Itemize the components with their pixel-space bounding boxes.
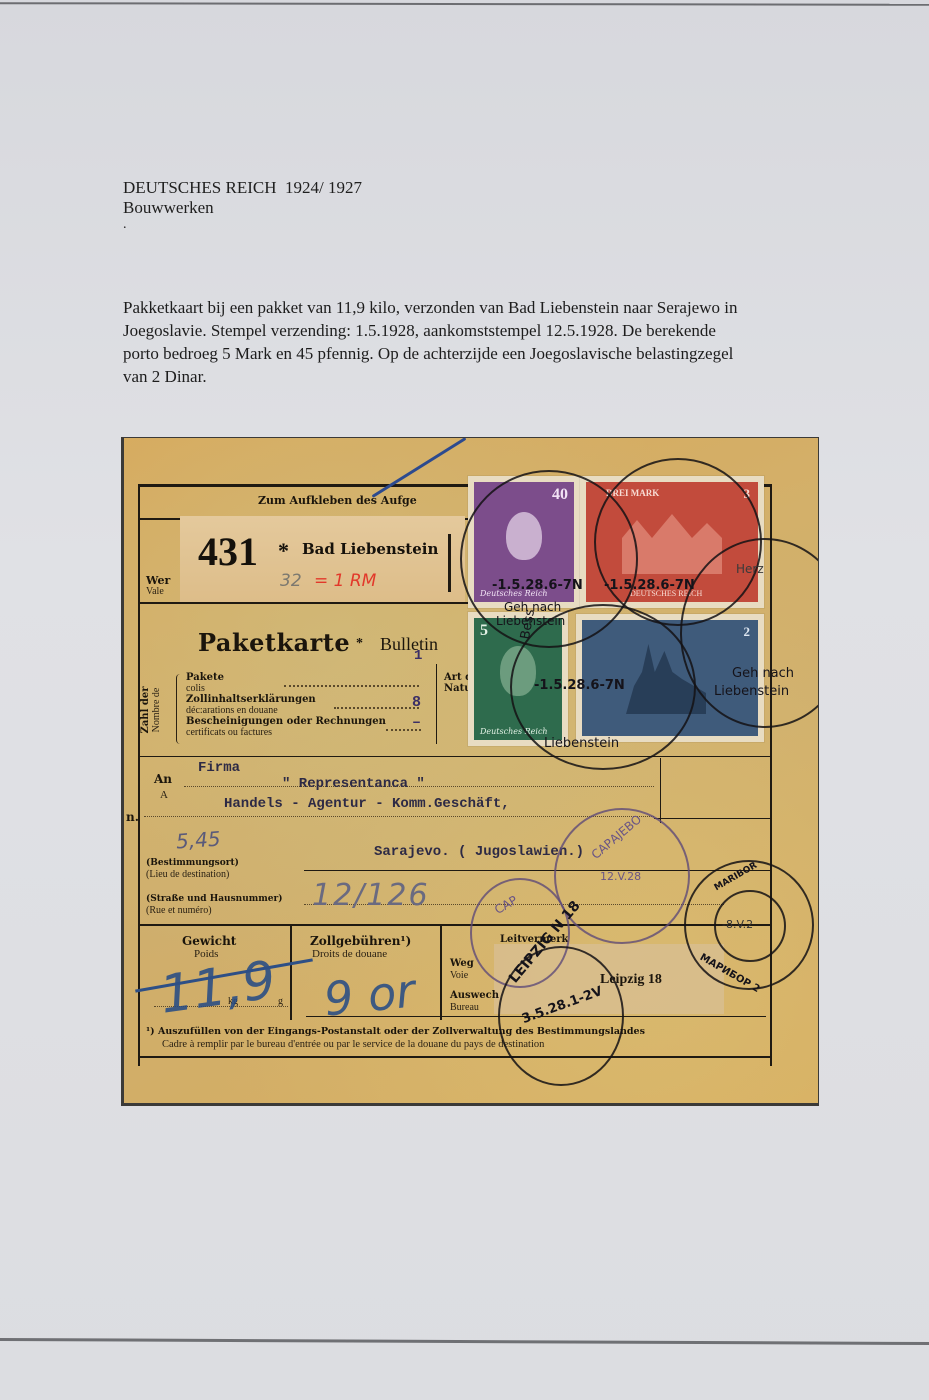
description: Pakketkaart bij een pakket van 11,9 kilo… [123,296,823,388]
label-office: Bad Liebenstein [302,540,438,558]
street-label-de: (Straße und Hausnummer) [146,894,283,904]
handwritten-street: 12/126 [312,878,430,913]
voie-label-fr: Voie [450,970,468,981]
count-label-de: Pakete [186,672,224,683]
count-label-fr: déc:arations en douane [186,705,316,716]
description-line: porto bedroeg 5 Mark en 45 pfennig. Op d… [123,342,823,365]
address-line-3: Handels - Agentur - Komm.Geschäft, [224,796,510,812]
postmark-date: -1.5.28.6-7N [492,578,583,593]
an-label-fr: A [160,790,168,801]
dest-rule [304,870,772,871]
voie-label: Weg [450,958,474,969]
weight-divider [290,924,292,1020]
count-value: – [412,714,421,731]
count-label-de: Zollinhaltserklärungen [186,694,316,705]
label-bar [448,534,451,592]
count-row: Zollinhaltserklärungen déc:arations en d… [186,694,316,716]
label-handwritten-grey: 32 [280,571,302,591]
count-label-fr: colis [186,683,224,694]
count-label-de: Bescheinigungen oder Rechnungen [186,716,386,727]
page-header: DEUTSCHES REICH 1924/ 1927 Bouwwerken . [123,178,362,232]
dest-label-fr: (Lieu de destination) [146,869,229,880]
address-line-2: " Representanca " [282,776,425,792]
count-value: 8 [412,694,421,711]
count-dotline [334,707,419,709]
description-line: van 2 Dinar. [123,365,823,388]
bureau-label: Auswech [450,990,499,1001]
bottom-frame-rule [138,1056,772,1058]
side-label-fr: Nombre de [151,680,162,740]
address-divider [660,758,661,823]
page-dot: . [123,218,362,232]
postmark-maribor-date: -8.V.2 [722,918,753,931]
address-rule-right [654,818,772,819]
count-divider [436,664,437,744]
count-bracket [176,674,182,744]
card-title: Paketkarte [198,628,350,657]
album-page-top-edge [0,2,929,6]
address-line-1: Firma [198,760,240,776]
title-fr: Bulletin [380,634,438,655]
postmark-slogan: Geh nach [732,666,794,681]
postmark-herz: Herz [736,562,764,576]
postmark-slogan: Liebenstein [544,736,619,751]
label-asterisk: * [278,538,289,564]
registration-label: 431 * Bad Liebenstein 32 = 1 RM [180,516,465,602]
postmark-date: -1.5.28.6-7N [534,678,625,693]
label-number: 431 [198,528,258,575]
wert-rule [138,602,478,604]
postmark-slogan: Liebenstein [714,684,789,699]
title-asterisk: * [356,636,363,652]
destination: Sarajevo. ( Jugoslawien.) [374,844,584,860]
parcel-card: Zum Aufkleben des Aufge 431 * Bad Lieben… [124,438,818,1103]
address-top-rule [138,756,772,757]
street-label-fr: (Rue et numéro) [146,905,212,916]
weight-label: Gewicht [182,934,236,948]
bureau-label-fr: Bureau [450,1002,479,1013]
handwritten-amount: 5,45 [175,826,221,853]
an-prefix: n. [126,810,139,824]
count-value: 1 [414,648,422,664]
duty-label: Zollgebühren¹) [310,934,411,948]
count-label-fr: certificats ou factures [186,727,386,738]
description-line: Pakketkaart bij een pakket van 11,9 kilo… [123,296,823,319]
postmark-date: -1.5.28.6-7N [604,578,695,593]
bottom-section-rule [138,924,772,926]
dest-label-de: (Bestimmungsort) [146,858,239,868]
duty-divider [440,924,442,1020]
album-page-bottom-edge [0,1338,929,1345]
count-row: Bescheinigungen oder Rechnungen certific… [186,716,386,738]
side-label-de: Zahl der [140,680,151,740]
frame-left [138,484,140,1066]
stamp-value: 5 [480,622,488,640]
an-label: An [154,772,172,786]
page-title: DEUTSCHES REICH 1924/ 1927 [123,178,362,198]
count-row: Pakete colis [186,672,224,694]
header-instruction: Zum Aufkleben des Aufge [258,494,417,507]
postmark-sarajevo-date: 12.V.28 [600,870,641,883]
footnote-fr: Cadre à remplir par le bureau d'entrée o… [162,1039,544,1050]
duty-label-fr: Droits de douane [312,949,387,960]
address-dotline [144,816,654,817]
wert-label-fr: Vale [146,586,164,597]
handwritten-code: 9 or [321,963,417,1026]
page-subtitle: Bouwwerken [123,198,362,218]
label-handwritten-red: = 1 RM [314,571,376,591]
description-line: Joegoslavie. Stempel verzending: 1.5.192… [123,319,823,342]
count-dotline [284,685,419,687]
